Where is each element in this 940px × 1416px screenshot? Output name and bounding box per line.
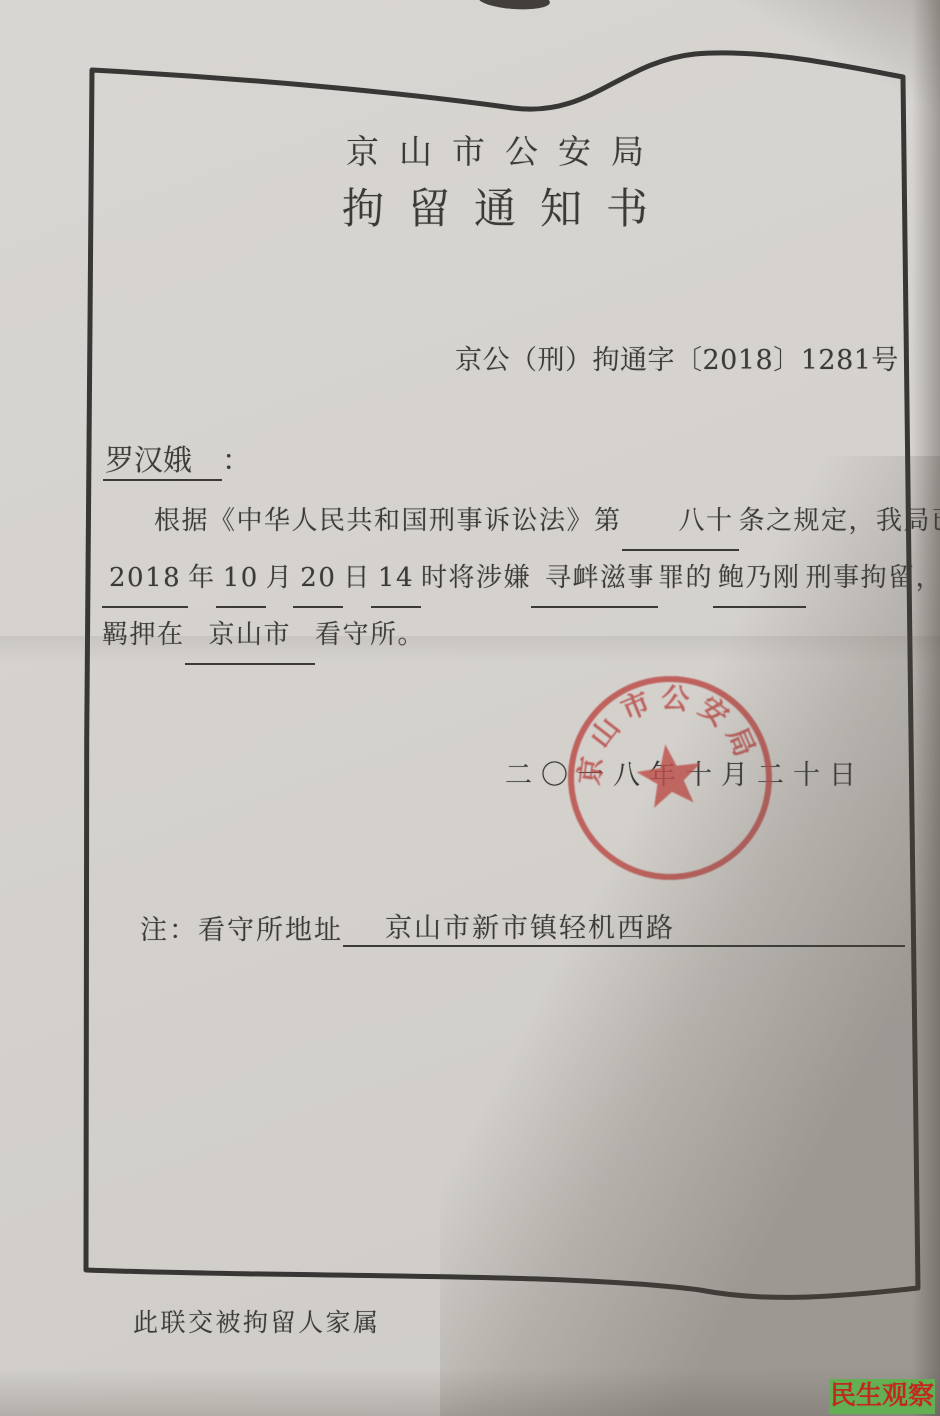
hour-unit: 时将涉嫌 [421,563,531,593]
body-line-2: 2018年10月20日14时将涉嫌寻衅滋事罪的鲍乃刚刑事拘留，现 [102,551,940,608]
blank-hour: 14 [371,551,421,608]
document-title: 拘留通知书 [90,176,900,236]
blank-year: 2018 [102,551,188,608]
body-l2-tail: 刑事拘留，现 [806,563,940,593]
body-paragraph: 根据《中华人民共和国刑事诉讼法》第八十条之规定，我局已于 2018年10月20日… [102,494,940,665]
star-icon [633,740,706,810]
blank-detention-place: 京山市 [185,608,316,665]
body-l3-pre: 羁押在 [102,620,185,650]
agency-title: 京山市公安局 [90,126,900,173]
watermark-badge: 民生观察 [829,1379,935,1414]
day-unit: 日 [343,563,371,593]
addressee-colon: ： [222,443,251,477]
blank-article-number: 八十 [622,494,739,551]
note-label: 注：看守所地址 [140,908,343,947]
footer-note: 此联交被拘留人家属 [133,1303,381,1339]
body-line-3: 羁押在京山市看守所。 [102,608,940,665]
body-line-1: 根据《中华人民共和国刑事诉讼法》第八十条之规定，我局已于 [102,494,940,551]
blank-day: 20 [293,551,343,608]
note-line: 注：看守所地址 京山市新市镇轻机西路 [140,906,905,947]
body-l3-post: 看守所。 [315,620,425,650]
body-l2-mid: 罪的 [658,563,713,593]
photographed-detention-notice: { "colors": { "seal_red": "#bb4a46", "in… [0,0,940,1416]
blank-detainee-name: 鲍乃刚 [713,551,806,608]
year-unit: 年 [188,563,216,593]
official-seal: 京山市公安局 [540,648,800,908]
addressee-line: 罗汉娥： [103,438,251,481]
detention-address: 京山市新市镇轻机西路 [343,906,905,947]
blank-crime: 寻衅滋事 [531,551,658,608]
body-l1-pre: 根据《中华人民共和国刑事诉讼法》第 [154,506,622,536]
blank-month: 10 [216,551,266,608]
body-l1-post: 条之规定，我局已于 [739,506,940,536]
document-number: 京公（刑）拘通字〔2018〕1281号 [455,338,899,377]
month-unit: 月 [266,563,294,593]
addressee-name: 罗汉娥 [103,438,222,481]
